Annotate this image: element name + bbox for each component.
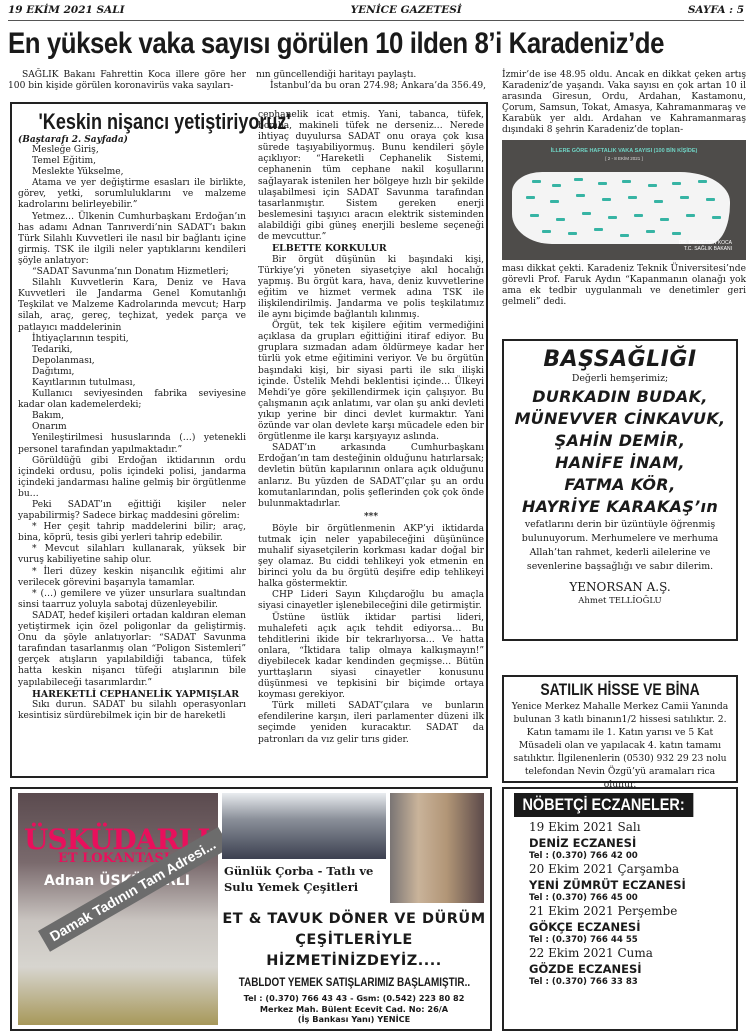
- article-column-2: cephanelik icat etmiş. Yani, tabanca, tü…: [258, 110, 484, 746]
- article-column-1-body: Mesleğe Giriş,Temel Eğitim,Meslekte Yüks…: [18, 145, 246, 689]
- article-paragraph: Temel Eğitim,: [18, 156, 246, 167]
- lead-paragraph: İstanbul’da bu oran 274.98; Ankara’da 35…: [256, 81, 494, 92]
- deceased-name: HANİFE İNAM,: [504, 452, 736, 474]
- article-paragraph: Kayıtlarının tutulması,: [18, 378, 246, 389]
- restaurant-tabldot: TABLDOT YEMEK SATIŞLARIMIZ BAŞLAMIŞTIR..: [239, 977, 469, 989]
- article-paragraph: Görüldüğü gibi Erdoğan iktidarının ordu …: [18, 456, 246, 500]
- pharmacy-date: 20 Ekim 2021 Çarşamba: [529, 862, 736, 877]
- restaurant-contact: Tel : (0.370) 766 43 43 - Gsm: (0.542) 2…: [220, 993, 488, 1025]
- article-paragraph: * (…) gemilere ve yüzer unsurlara sualtı…: [18, 589, 246, 611]
- main-headline: En yüksek vaka sayısı görülen 10 ilden 8…: [8, 26, 644, 62]
- pharmacy-name: GÖZDE ECZANESİ: [529, 961, 736, 977]
- article-paragraph: Depolanması,: [18, 356, 246, 367]
- article-paragraph: Meslekte Yükselme,: [18, 167, 246, 178]
- section-separator: ***: [258, 510, 484, 524]
- article-paragraph: Tedariki,: [18, 345, 246, 356]
- article-continuation-note: (Baştarafı 2. Sayfada): [18, 135, 246, 145]
- doner-photo: [390, 793, 484, 903]
- article-title: 'Keskin nişancı yetiştiriyoruz': [39, 110, 226, 134]
- lead-paragraph: İzmir’de ise 48.95 oldu. Ancak en dikkat…: [502, 70, 746, 137]
- pharmacy-date: 19 Ekim 2021 Salı: [529, 820, 736, 835]
- sale-body: Yenice Merkez Mahalle Merkez Camii Yanın…: [504, 700, 736, 791]
- deceased-name: DURKADIN BUDAK,: [504, 386, 736, 408]
- issue-date: 19 EKİM 2021 SALI: [8, 4, 125, 16]
- pharmacy-item: 21 Ekim 2021 PerşembeGÖKÇE ECZANESİTel :…: [529, 904, 736, 946]
- article-paragraph: SADAT’ın arkasında Cumhurbaşkanı Erdoğan…: [258, 443, 484, 510]
- pharmacy-name: DENİZ ECZANESİ: [529, 835, 736, 851]
- lead-column-2: nın güncellendiği haritayı paylaştı. İst…: [256, 70, 494, 92]
- dining-room-photo: [222, 793, 386, 859]
- lead-paragraph: ması dikkat çekti. Karadeniz Teknik Üniv…: [502, 264, 746, 308]
- pharmacy-phone: Tel : (0.370) 766 42 00: [529, 851, 736, 862]
- restaurant-daily-menu: Günlük Çorba - Tatlı ve Sulu Yemek Çeşit…: [224, 863, 388, 895]
- article-paragraph: SADAT, hedef kişileri ortadan kaldıran e…: [18, 611, 246, 689]
- deceased-name: FATMA KÖR,: [504, 474, 736, 496]
- condolence-names: DURKADIN BUDAK,MÜNEVVER CİNKAVUK,ŞAHİN D…: [504, 386, 736, 518]
- article-paragraph: Mesleğe Giriş,: [18, 145, 246, 156]
- pharmacy-date: 22 Ekim 2021 Cuma: [529, 946, 736, 961]
- pharmacy-name: GÖKÇE ECZANESİ: [529, 919, 736, 935]
- map-date-range: [ 2 - 8 EKİM 2021 ]: [502, 156, 746, 161]
- condolence-ad: BAŞSAĞLIĞI Değerli hemşerimiz; DURKADIN …: [502, 339, 738, 641]
- article-paragraph: Bakım,: [18, 411, 246, 422]
- article-paragraph: Böyle bir örgütlenmenin AKP’yi iktidarda…: [258, 524, 484, 591]
- pharmacy-name: YENİ ZÜMRÜT ECZANESİ: [529, 877, 736, 893]
- article-column-2-body-end: Böyle bir örgütlenmenin AKP’yi iktidarda…: [258, 524, 484, 746]
- pharmacy-date: 21 Ekim 2021 Perşembe: [529, 904, 736, 919]
- page-header: 19 EKİM 2021 SALI YENİCE GAZETESİ SAYFA …: [8, 2, 744, 21]
- pharmacy-item: 19 Ekim 2021 SalıDENİZ ECZANESİTel : (0.…: [529, 820, 736, 862]
- pharmacy-phone: Tel : (0.370) 766 44 55: [529, 935, 736, 946]
- article-column-1: 'Keskin nişancı yetiştiriyoruz' (Baştara…: [18, 110, 246, 722]
- article-paragraph: Bir örgüt düşünün ki başındaki kişi, Tür…: [258, 255, 484, 322]
- condolence-intro: Değerli hemşerimiz;: [504, 372, 736, 386]
- restaurant-address: Merkez Mah. Bülent Ecevit Cad. No: 26/A: [220, 1004, 488, 1015]
- article-column-2-body: Bir örgüt düşünün ki başındaki kişi, Tür…: [258, 255, 484, 510]
- article-paragraph: Atama ve yer değiştirme esasları ile bir…: [18, 178, 246, 211]
- pharmacy-duty-box: NÖBETÇİ ECZANELER: 19 Ekim 2021 SalıDENİ…: [502, 787, 738, 1031]
- article-paragraph: * Her çeşit tahrip maddelerini bilir; ar…: [18, 522, 246, 544]
- article-paragraph: Yenileştirilmesi hususlarında (…) yetene…: [18, 433, 246, 455]
- restaurant-storefront-photo: ÜSKÜDARLI ET LOKANTASI Adnan ÜSKÜDARLI D…: [18, 793, 218, 1025]
- newspaper-name: YENİCE GAZETESİ: [351, 4, 462, 16]
- article-paragraph: Sıkı durun. SADAT bu silahlı operasyonla…: [18, 700, 246, 722]
- article-paragraph: “SADAT Savunma’nın Donatım Hizmetleri;: [18, 267, 246, 278]
- map-title: İLLERE GÖRE HAFTALIK VAKA SAYISI (100 Bİ…: [502, 148, 746, 154]
- sale-ad: SATILIK HİSSE VE BİNA Yenice Merkez Maha…: [502, 675, 738, 783]
- restaurant-ad: ÜSKÜDARLI ET LOKANTASI Adnan ÜSKÜDARLI D…: [10, 787, 492, 1031]
- pharmacy-item: 20 Ekim 2021 ÇarşambaYENİ ZÜMRÜT ECZANES…: [529, 862, 736, 904]
- sale-title: SATILIK HİSSE VE BİNA: [525, 680, 715, 700]
- article-paragraph: * İleri düzey keskin nişancılık eğitimi …: [18, 567, 246, 589]
- article-paragraph: İhtiyaçlarının tespiti,: [18, 334, 246, 345]
- deceased-name: HAYRİYE KARAKAŞ’ın: [504, 496, 736, 518]
- article-paragraph: Peki SADAT’ın eğittiği kişiler neler yap…: [18, 500, 246, 522]
- article-paragraph: Örgüt, tek tek kişilere eğitim vermediği…: [258, 321, 484, 443]
- article-subheading: ELBETTE KORKULUR: [272, 243, 484, 255]
- deceased-name: ŞAHİN DEMİR,: [504, 430, 736, 452]
- article-paragraph: Onarım: [18, 422, 246, 433]
- article-paragraph: Dağıtımı,: [18, 367, 246, 378]
- covid-map-image: İLLERE GÖRE HAFTALIK VAKA SAYISI (100 Bİ…: [502, 140, 746, 260]
- map-signature: DR. FAHRETTİN KOCA T.C. SAĞLIK BAKANI: [679, 240, 732, 252]
- condolence-title: BAŞSAĞLIĞI: [504, 347, 736, 372]
- lead-column-3: İzmir’de ise 48.95 oldu. Ancak en dikkat…: [502, 70, 746, 308]
- deceased-name: MÜNEVVER CİNKAVUK,: [504, 408, 736, 430]
- lead-paragraph: nın güncellendiği haritayı paylaştı.: [256, 70, 494, 81]
- article-paragraph: Silahlı Kuvvetlerin Kara, Deniz ve Hava …: [18, 278, 246, 333]
- restaurant-address-note: (İş Bankası Yanı) YENİCE: [220, 1014, 488, 1025]
- lead-paragraph: SAĞLIK Bakanı Fahrettin Koca illere göre…: [8, 70, 246, 92]
- article-paragraph: CHP Lideri Sayın Kılıçdaroğlu bu amaçla …: [258, 590, 484, 612]
- condolence-person: Ahmet TELLİOĞLU: [504, 594, 736, 608]
- article-paragraph: Üstüne üstlük iktidar partisi lideri, mu…: [258, 613, 484, 702]
- article-paragraph: Yetmez… Ülkenin Cumhurbaşkanı Erdoğan’ın…: [18, 212, 246, 267]
- page-number: SAYFA : 5: [688, 4, 744, 16]
- restaurant-phone: Tel : (0.370) 766 43 43 - Gsm: (0.542) 2…: [220, 993, 488, 1004]
- article-paragraph: Türk milleti SADAT’çılara ve bunların ef…: [258, 701, 484, 745]
- restaurant-main-text: ET & TAVUK DÖNER VE DÜRÜM ÇEŞİTLERİYLE H…: [220, 909, 488, 972]
- pharmacy-item: 22 Ekim 2021 CumaGÖZDE ECZANESİTel : (0.…: [529, 946, 736, 988]
- condolence-body: vefatlarını derin bir üzüntüyle öğrenmiş…: [504, 518, 736, 574]
- condolence-company: YENORSAN A.Ş.: [504, 580, 736, 594]
- pharmacy-phone: Tel : (0.370) 766 45 00: [529, 893, 736, 904]
- article-subheading: HAREKETLİ CEPHANELİK YAPMIŞLAR: [32, 689, 246, 701]
- article-paragraph: * Mevcut silahları kullanarak, yüksek bi…: [18, 544, 246, 566]
- article-paragraph: cephanelik icat etmiş. Yani, tabanca, tü…: [258, 110, 484, 243]
- opinion-article: 'Keskin nişancı yetiştiriyoruz' (Baştara…: [10, 102, 488, 778]
- pharmacy-list: 19 Ekim 2021 SalıDENİZ ECZANESİTel : (0.…: [529, 820, 736, 988]
- lead-column-1: SAĞLIK Bakanı Fahrettin Koca illere göre…: [8, 70, 246, 92]
- pharmacy-title: NÖBETÇİ ECZANELER:: [514, 793, 693, 817]
- pharmacy-phone: Tel : (0.370) 766 33 83: [529, 977, 736, 988]
- article-paragraph: Kullanıcı seviyesinden fabrika seviyesin…: [18, 389, 246, 411]
